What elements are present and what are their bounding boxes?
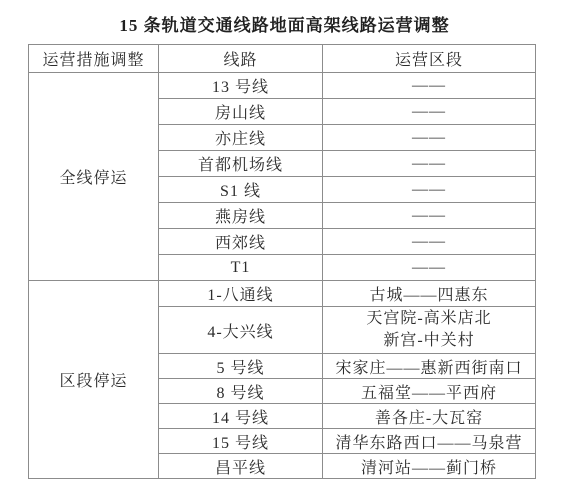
section-cell: 天宫院-高米店北新宫-中关村: [323, 307, 536, 354]
line-cell: 8 号线: [159, 379, 323, 404]
section-cell: ——: [323, 203, 536, 229]
line-cell: 首都机场线: [159, 151, 323, 177]
table-row: 全线停运 13 号线 ——: [29, 73, 536, 99]
section-cell: 宋家庄——惠新西街南口: [323, 354, 536, 379]
page-title: 15 条轨道交通线路地面高架线路运营调整: [0, 11, 569, 36]
section-line-2: 新宫-中关村: [383, 332, 474, 349]
line-cell: 西郊线: [159, 229, 323, 255]
line-cell: 14 号线: [159, 404, 323, 429]
header-section: 运营区段: [323, 45, 536, 73]
section-cell: 清河站——蓟门桥: [323, 454, 536, 479]
header-line: 线路: [159, 45, 323, 73]
line-cell: 15 号线: [159, 429, 323, 454]
measure-cell-section-suspension: 区段停运: [29, 281, 159, 479]
section-cell: 善各庄-大瓦窑: [323, 404, 536, 429]
section-cell: 古城——四惠东: [323, 281, 536, 307]
line-cell: 亦庄线: [159, 125, 323, 151]
line-cell: 燕房线: [159, 203, 323, 229]
table-row: 区段停运 1-八通线 古城——四惠东: [29, 281, 536, 307]
measure-cell-full-line-suspension: 全线停运: [29, 73, 159, 281]
line-cell: 5 号线: [159, 354, 323, 379]
section-cell: ——: [323, 99, 536, 125]
section-cell: ——: [323, 177, 536, 203]
section-cell: ——: [323, 125, 536, 151]
section-cell: 清华东路西口——马泉营: [323, 429, 536, 454]
header-row: 运营措施调整 线路 运营区段: [29, 45, 536, 73]
line-cell: S1 线: [159, 177, 323, 203]
transit-adjustment-table: 运营措施调整 线路 运营区段 全线停运 13 号线 —— 房山线 —— 亦庄线 …: [28, 44, 536, 479]
section-cell: ——: [323, 229, 536, 255]
section-cell: ——: [323, 151, 536, 177]
page: 15 条轨道交通线路地面高架线路运营调整 运营措施调整 线路 运营区段 全线停运…: [0, 0, 569, 500]
section-cell: ——: [323, 73, 536, 99]
line-cell: 房山线: [159, 99, 323, 125]
section-line-1: 天宫院-高米店北: [366, 310, 491, 327]
section-cell: ——: [323, 255, 536, 281]
line-cell: 昌平线: [159, 454, 323, 479]
line-cell: T1: [159, 255, 323, 281]
header-measure: 运营措施调整: [29, 45, 159, 73]
line-cell: 1-八通线: [159, 281, 323, 307]
section-cell: 五福堂——平西府: [323, 379, 536, 404]
line-cell: 4-大兴线: [159, 307, 323, 354]
line-cell: 13 号线: [159, 73, 323, 99]
